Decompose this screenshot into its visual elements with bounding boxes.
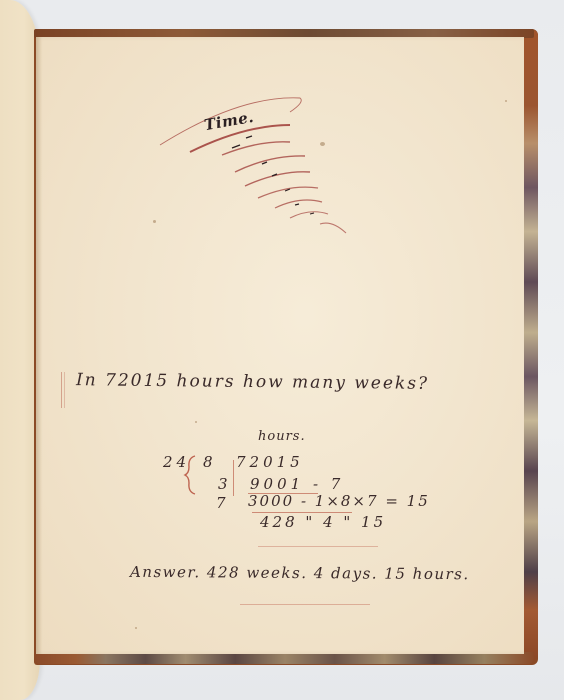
problem-answer: Answer. 428 weeks. 4 days. 15 hours. [130, 563, 470, 583]
section-rule [258, 546, 378, 547]
factor-bracket-icon [183, 455, 199, 495]
division-rule-vertical [233, 460, 234, 496]
foxing-spot [195, 421, 197, 423]
photo-scene: Time. In 72015 hours how many weeks? hou… [0, 0, 564, 700]
foxing-spot [135, 627, 137, 629]
working-row: 9001 - 7 [250, 475, 344, 493]
working-factor: 8 [203, 453, 217, 471]
margin-mark [61, 372, 62, 408]
working-row: 72015 [236, 453, 304, 471]
working-row: 3000 - 1×8×7 = 15 [248, 492, 430, 510]
working-unit-label: hours. [258, 429, 306, 444]
working-result: 428 " 4 " 15 [260, 513, 386, 531]
gutter-shadow [36, 37, 42, 654]
answer-underline [240, 604, 370, 605]
title-flourish-decoration [150, 90, 370, 240]
book-fore-edge-marbled [522, 30, 538, 660]
problem-question: In 72015 hours how many weeks? [76, 370, 429, 394]
working-factor: 7 [216, 494, 230, 512]
working-factor: 3 [218, 475, 232, 493]
foxing-spot [505, 100, 507, 102]
